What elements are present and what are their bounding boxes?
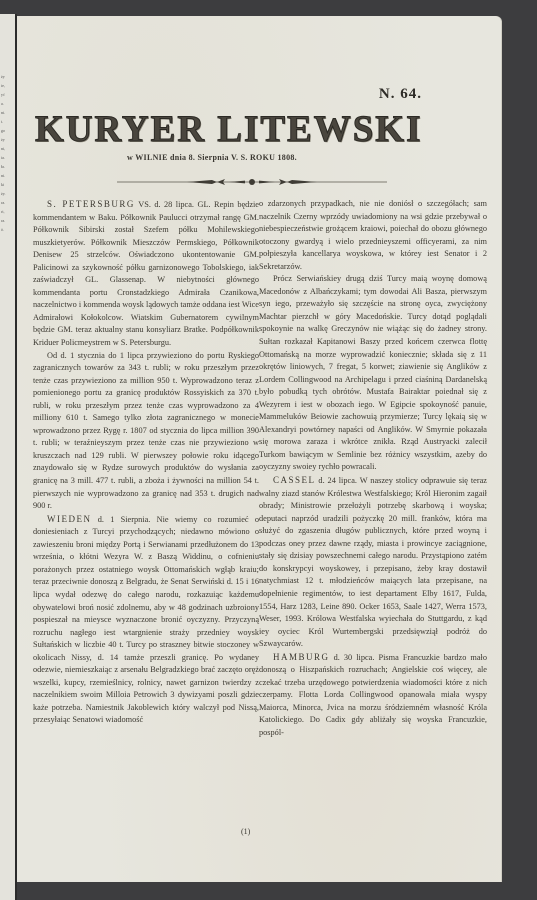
prev-page-text-fragment: ia. <box>1 155 5 160</box>
article-date: d. 1 Sierpnia. <box>98 515 151 524</box>
article-turkey: Prócz Serwiańskiey drugą dziś Turcy maią… <box>259 273 487 474</box>
article-text: W naszey stolicy odprawuie się teraz wal… <box>259 476 487 648</box>
article-wieden: WIEDEN d. 1 Sierpnia. Nie wiemy co rozum… <box>33 513 259 727</box>
previous-page-edge: żyie,yća.ni.t.gożyni,ia.ła.ni.kiży.ra.ri… <box>0 14 17 900</box>
prev-page-text-fragment: ie, <box>1 83 5 88</box>
article-text: o zdarzonych przypadkach, nie nie doniós… <box>259 199 487 271</box>
article-text: GL. Repin będzie kommendantem w Baku. Pó… <box>33 200 259 347</box>
prev-page-text-fragment: ży. <box>1 191 6 196</box>
article-date: VS. d. 28 lipca. <box>138 200 194 209</box>
prev-page-text-fragment: ni. <box>1 110 5 115</box>
article-riga-trade: Od d. 1 stycznia do 1 lipca przywieziono… <box>33 350 259 513</box>
page-number: (1) <box>241 827 250 836</box>
dateline: w WILNIE dnia 8. Sierpnia V. S. ROKU 180… <box>127 153 377 162</box>
newspaper-page: N. 64. KURYER LITEWSKI w WILNIE dnia 8. … <box>17 16 502 882</box>
ornamental-divider <box>117 178 387 186</box>
prev-page-text-fragment: ra. <box>1 218 5 223</box>
prev-page-text-fragment: yć <box>1 92 5 97</box>
article-st-petersburg: S. PETERSBURG VS. d. 28 lipca. GL. Repin… <box>33 198 259 350</box>
article-hamburg: HAMBURG d. 30 lipca. Pisma Francuzkie ba… <box>259 651 487 740</box>
prev-page-text-fragment: t. <box>1 119 3 124</box>
prev-page-text-fragment: ży <box>1 74 5 79</box>
article-place: WIEDEN <box>47 514 92 524</box>
prev-page-text-fragment: ła. <box>1 164 5 169</box>
article-place: HAMBURG <box>273 652 330 662</box>
prev-page-text-fragment: ki <box>1 182 4 187</box>
article-text: Od d. 1 stycznia do 1 lipca przywieziono… <box>33 351 259 511</box>
prev-page-text-fragment: go <box>1 128 5 133</box>
article-date: d. 30 lipca. <box>334 653 375 662</box>
prev-page-text-fragment: ri, <box>1 209 4 214</box>
article-place: CASSEL <box>273 475 316 485</box>
prev-page-text-fragment: a. <box>1 101 4 106</box>
issue-number: N. 64. <box>379 86 422 103</box>
article-text: Prócz Serwiańskiey drugą dziś Turcy maią… <box>259 274 487 471</box>
left-column: S. PETERSBURG VS. d. 28 lipca. GL. Repin… <box>33 198 259 727</box>
article-date: d. 24 lipca. <box>318 476 357 485</box>
prev-page-text-fragment: ö. <box>1 227 4 232</box>
prev-page-text-fragment: ży <box>1 137 5 142</box>
article-place: S. PETERSBURG <box>47 199 135 209</box>
masthead-title: KURYER LITEWSKI <box>35 108 445 151</box>
prev-page-text-fragment: ni, <box>1 146 5 151</box>
article-text: Pisma Francuzkie bardzo mało donoszą o H… <box>259 653 487 737</box>
article-cassel: CASSEL d. 24 lipca. W naszey stolicy odp… <box>259 474 487 651</box>
article-continuation: o zdarzonych przypadkach, nie nie doniós… <box>259 198 487 273</box>
prev-page-text-fragment: ra. <box>1 200 5 205</box>
right-column: o zdarzonych przypadkach, nie nie doniós… <box>259 198 487 740</box>
prev-page-text-fragment: ni. <box>1 173 5 178</box>
article-text: Nie wiemy co rozumieć o doniesieniach z … <box>33 515 259 725</box>
